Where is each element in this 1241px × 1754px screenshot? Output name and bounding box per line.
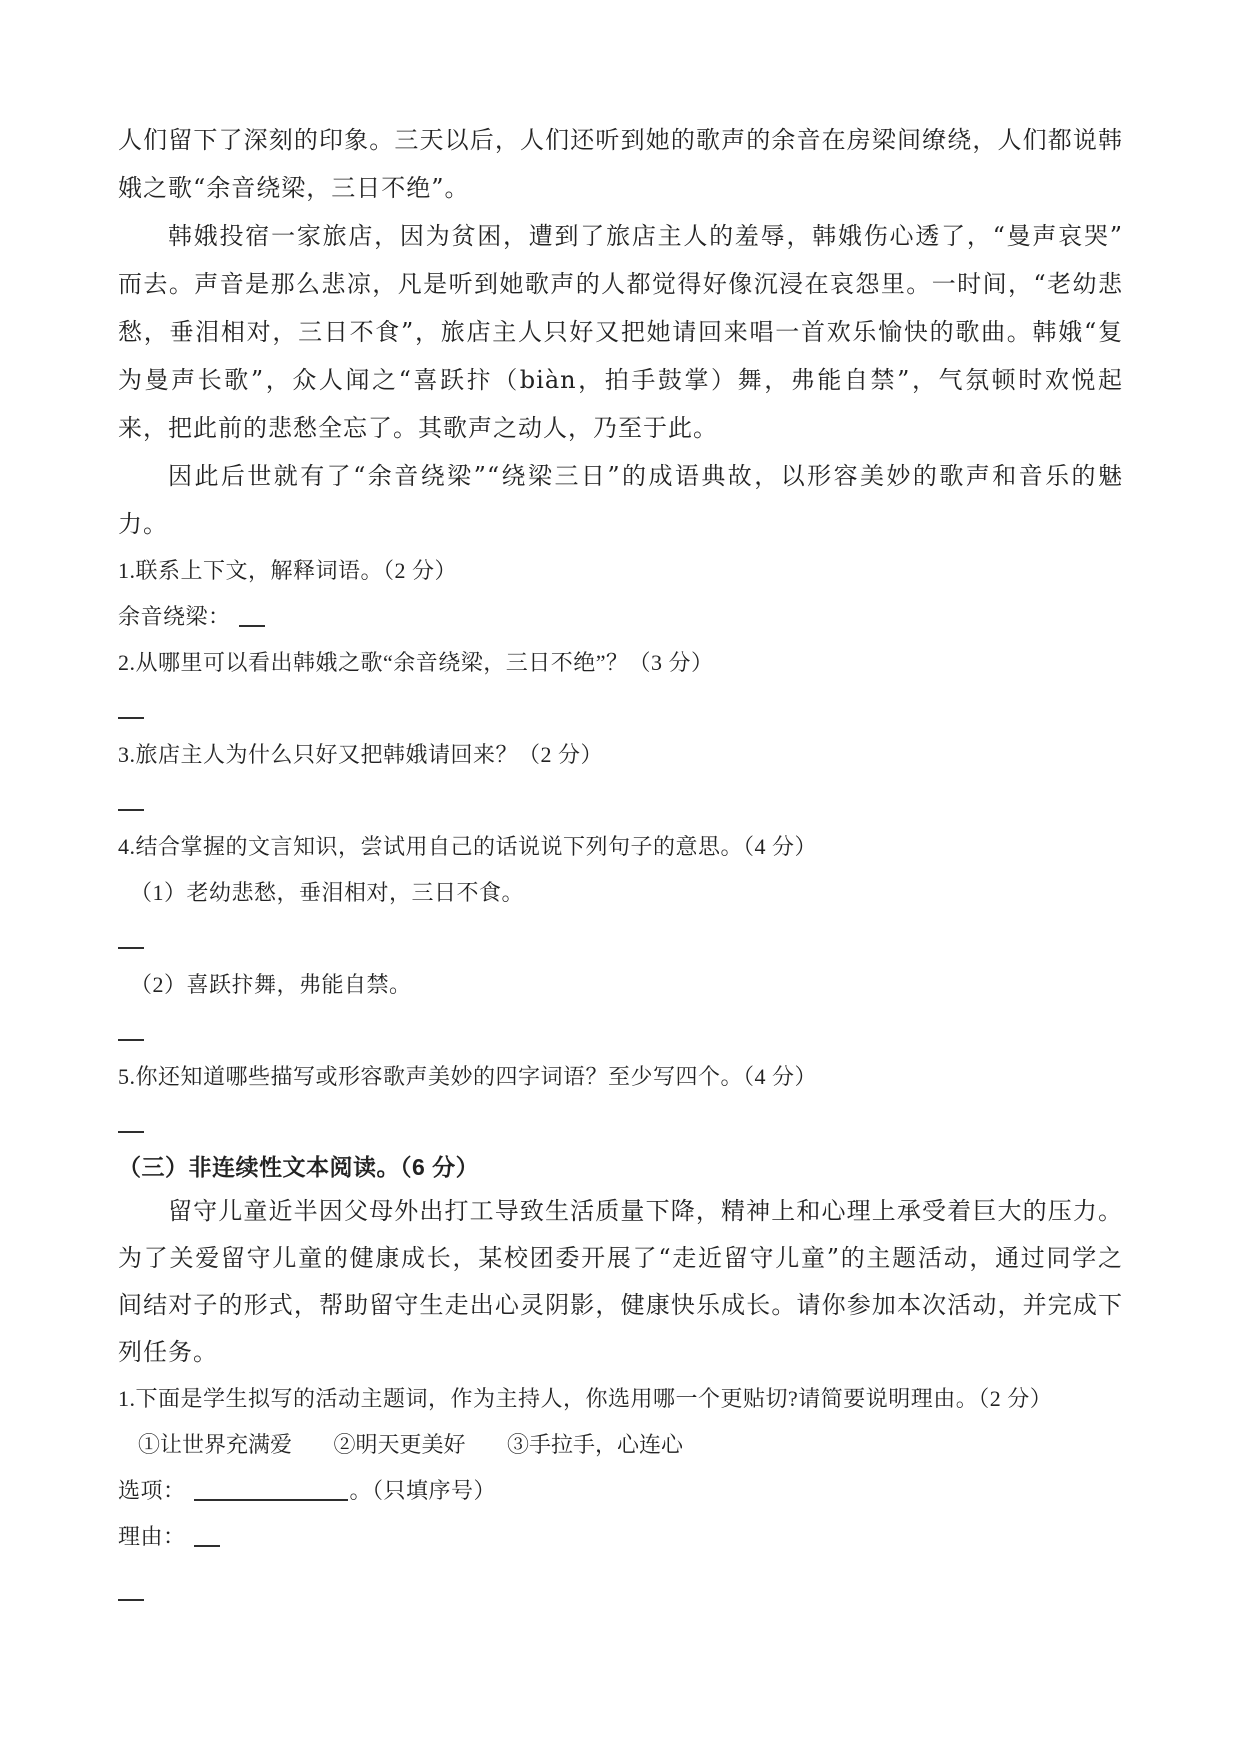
passage-line: 人们留下了深刻的印象。三天以后，人们还听到她的歌声的余音在房梁间缭绕，人们都说韩 [118,116,1123,164]
choice-answer-blank [194,1485,348,1501]
choice-suffix: 。（只填序号） [350,1478,497,1503]
reason-answer-blank [194,1531,220,1547]
question-3: 3.旅店主人为什么只好又把韩娥请回来？（2 分） [118,732,1123,778]
passage-line: 力。 [118,500,1123,548]
passage: 人们留下了深刻的印象。三天以后，人们还听到她的歌声的余音在房梁间缭绕，人们都说韩… [118,116,1123,548]
option-2: ②明天更美好 [334,1422,466,1468]
passage-line: 因此后世就有了“余音绕梁”“绕梁三日”的成语典故，以形容美妙的歌声和音乐的魅 [118,452,1123,500]
choice-label: 选项： [118,1478,186,1503]
choice-row: 选项：。（只填序号） [118,1468,1123,1514]
exam-document-page: 人们留下了深刻的印象。三天以后，人们还听到她的歌声的余音在房梁间缭绕，人们都说韩… [0,0,1241,1754]
option-3: ③手拉手，心连心 [507,1422,683,1468]
answer-blank-row [118,916,1123,962]
question-1-term-label: 余音绕梁： [118,604,231,629]
answer-blank [239,611,265,627]
reason-label: 理由： [118,1524,186,1549]
answer-blank [118,703,144,719]
question-4-item-2: （2）喜跃抃舞，弗能自禁。 [118,962,1123,1008]
passage-line: 韩娥投宿一家旅店，因为贫困，遭到了旅店主人的羞辱，韩娥伤心透了，“曼声哀哭” [118,212,1123,260]
passage-line: 愁，垂泪相对，三日不食”，旅店主人只好又把她请回来唱一首欢乐愉快的歌曲。韩娥“复 [118,308,1123,356]
question-1-term-row: 余音绕梁： [118,594,1123,640]
answer-blank-row [118,686,1123,732]
section-three-intro: 留守儿童近半因父母外出打工导致生活质量下降，精神上和心理上承受着巨大的压力。 为… [118,1188,1123,1376]
question-5: 5.你还知道哪些描写或形容歌声美妙的四字词语？至少写四个。（4 分） [118,1054,1123,1100]
question-1: 1.联系上下文，解释词语。（2 分） [118,548,1123,594]
intro-line: 间结对子的形式，帮助留守生走出心灵阴影，健康快乐成长。请你参加本次活动，并完成下 [118,1282,1123,1329]
intro-line: 为了关爱留守儿童的健康成长，某校团委开展了“走近留守儿童”的主题活动，通过同学之 [118,1235,1123,1282]
answer-blank [118,1117,144,1133]
theme-word-options: ①让世界充满爱 ②明天更美好 ③手拉手，心连心 [118,1422,1123,1468]
answer-blank-row [118,1100,1123,1146]
section-three-question-1: 1.下面是学生拟写的活动主题词，作为主持人，你选用哪一个更贴切?请简要说明理由。… [118,1376,1123,1422]
question-2: 2.从哪里可以看出韩娥之歌“余音绕梁，三日不绝”？（3 分） [118,640,1123,686]
passage-line: 娥之歌“余音绕梁，三日不绝”。 [118,164,1123,212]
answer-blank-row [118,778,1123,824]
answer-blank-row [118,1008,1123,1054]
option-1: ①让世界充满爱 [138,1422,292,1468]
question-4: 4.结合掌握的文言知识，尝试用自己的话说说下列句子的意思。（4 分） [118,824,1123,870]
answer-blank [118,1025,144,1041]
passage-line: 来，把此前的悲愁全忘了。其歌声之动人，乃至于此。 [118,404,1123,452]
answer-blank-row [118,1568,1123,1614]
intro-line: 留守儿童近半因父母外出打工导致生活质量下降，精神上和心理上承受着巨大的压力。 [118,1188,1123,1235]
reading-questions: 1.联系上下文，解释词语。（2 分） 余音绕梁： 2.从哪里可以看出韩娥之歌“余… [118,548,1123,1146]
passage-line: 为曼声长歌”，众人闻之“喜跃抃（biàn，拍手鼓掌）舞，弗能自禁”，气氛顿时欢悦… [118,356,1123,404]
reason-row: 理由： [118,1514,1123,1560]
answer-blank [118,795,144,811]
section-three-header: （三）非连续性文本阅读。（6 分） [118,1146,1123,1188]
passage-line: 而去。声音是那么悲凉，凡是听到她歌声的人都觉得好像沉浸在哀怨里。一时间，“老幼悲 [118,260,1123,308]
question-4-item-1: （1）老幼悲愁，垂泪相对，三日不食。 [118,870,1123,916]
answer-blank [118,1585,144,1601]
intro-line: 列任务。 [118,1329,1123,1376]
answer-blank [118,933,144,949]
section-three: （三）非连续性文本阅读。（6 分） 留守儿童近半因父母外出打工导致生活质量下降，… [118,1146,1123,1614]
